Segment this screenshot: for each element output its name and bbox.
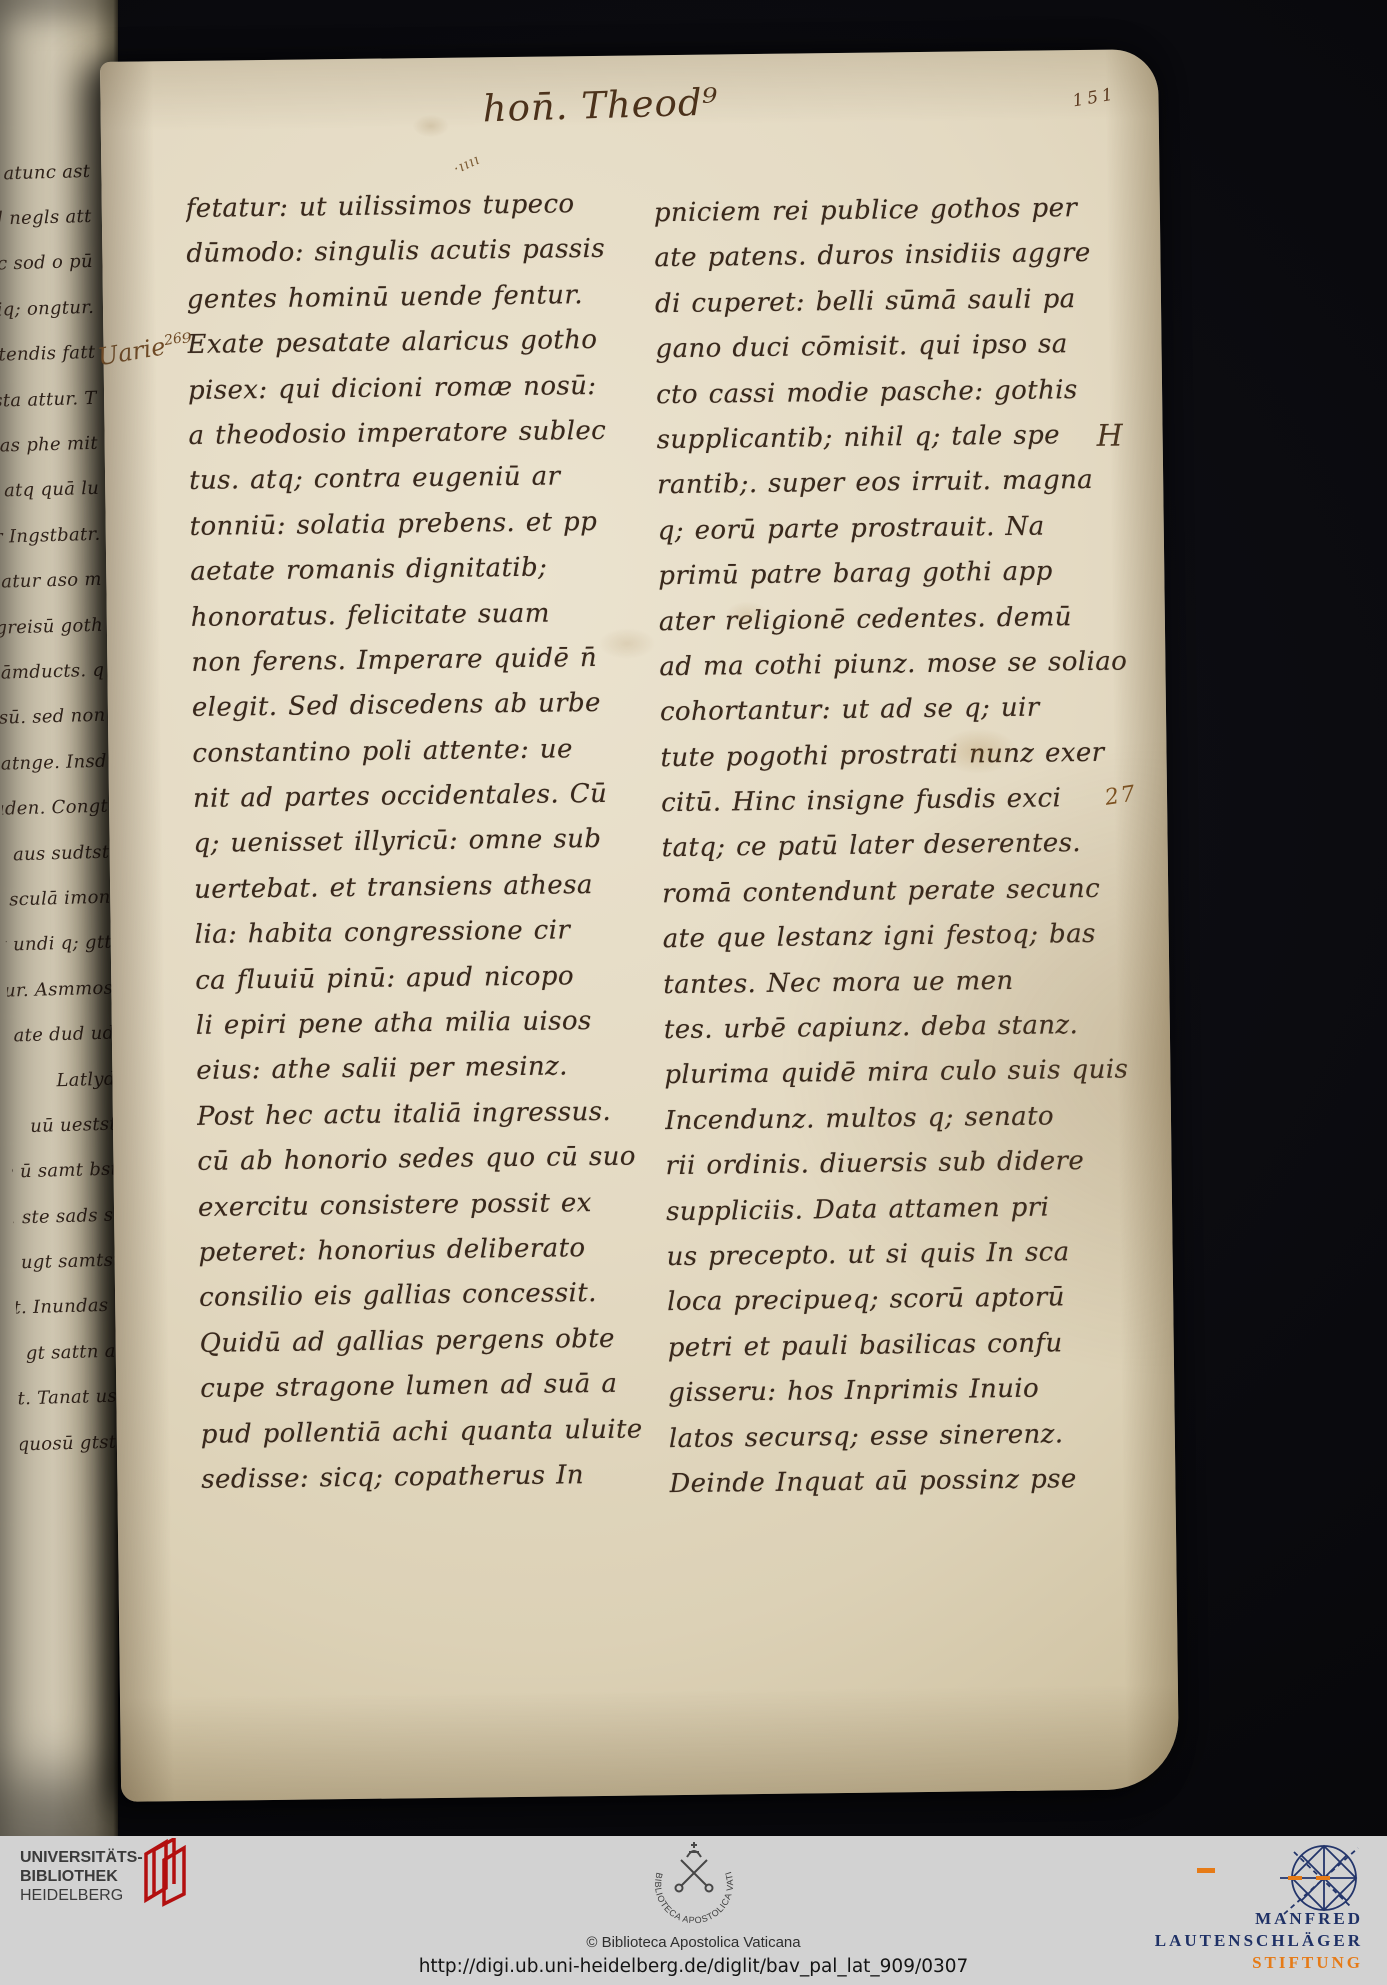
facing-page-text-fragment: at undi q; gtt [5, 920, 124, 969]
facing-page-text-fragment: de sepe tendis fatt [0, 330, 108, 379]
manuscript-line: eius: athe salii per mesinz. [196, 1044, 649, 1095]
manuscript-line: pniciem rei publice gothos per [654, 185, 1149, 236]
manuscript-line: ate que lestanz igni festoq; bas [662, 911, 1157, 962]
manuscript-line: honoratus. felicitate suam [191, 590, 644, 641]
facing-page-text-fragment: quod negls att [0, 194, 104, 243]
manuscript-line: supplicantib; nihil q; tale spe [656, 412, 1151, 463]
digitized-manuscript-viewer: ur atunc ast quod negls att nosū sac sod… [0, 0, 1387, 1985]
vatican-seal-icon: BIBLIOTECA APOSTOLICA VATICANA [648, 1836, 740, 1928]
manuscript-line: plurima quidē mira culo suis quis [664, 1048, 1159, 1099]
manuscript-line: tute pogothi prostrati nunz exer [660, 730, 1155, 781]
manuscript-recto-page: hon̄. Theod⁹ 151 ·ıııı Uarie26⁹ H 27 fet… [100, 49, 1179, 1802]
manuscript-line: pud pollentiā achi quanta uluite [201, 1407, 654, 1458]
folio-number: 151 [1071, 86, 1118, 110]
manuscript-line: tes. urbē capiunz. deba stanz. [664, 1002, 1159, 1053]
facing-page-text-fragment: q; a sta attur. T [0, 375, 109, 424]
manuscript-line: constantino poli attente: ue [192, 726, 645, 777]
facing-page-text-fragment: oatnge. Insd [0, 738, 119, 787]
facing-page-edge: ur atunc ast quod negls att nosū sac sod… [0, 0, 118, 1836]
manuscript-line: li epiri pene atha milia uisos [196, 998, 649, 1049]
manuscript-line: tatq; ce patū later deserentes. [661, 821, 1156, 872]
facing-page-text-fragment: uden. Congt [1, 784, 120, 833]
stiftung-line3: STIFTUNG [1155, 1952, 1363, 1974]
manuscript-line: Quidū ad gallias pergens obte [199, 1316, 652, 1367]
stiftung-line1: MANFRED [1155, 1908, 1363, 1930]
running-title: hon̄. Theod⁹ [390, 78, 811, 135]
svg-text:BIBLIOTECA APOSTOLICA VATICANA: BIBLIOTECA APOSTOLICA VATICANA [648, 1836, 735, 1925]
manuscript-line: pisex: qui dicioni romæ nosū: [188, 363, 641, 414]
manuscript-line: rantib;. super eos irruit. magna [657, 458, 1152, 509]
manuscript-line: gentes hominū uende fentur. [187, 272, 640, 323]
facing-page-text-fragment: Latlyd [9, 1056, 128, 1105]
marginal-gloss: Uarie26⁹ [96, 330, 194, 370]
manuscript-line: cupe stragone lumen ad suā a [200, 1362, 653, 1413]
ub-logo-line2: BIBLIOTHEK [20, 1867, 143, 1886]
between-columns-mark: ·ıııı [452, 152, 483, 176]
manuscript-line: cohortantur: ut ad se q; uir [660, 684, 1155, 735]
manuscript-line: aetate romanis dignitatib; [190, 545, 643, 596]
facing-page-text-fragment: greisū goth [0, 602, 116, 651]
facing-page-text-fragment: ur atunc ast [0, 149, 103, 198]
facing-page-text-fragment: gāmducts. q [0, 648, 117, 697]
manuscript-line: a theodosio imperatore sublec [188, 408, 641, 459]
facing-page-text-fragment: ate dud ud [8, 1011, 127, 1060]
manuscript-line: primū patre barag gothi app [658, 548, 1153, 599]
facing-page-text-fragment: uū uestst [10, 1101, 129, 1150]
lautenschlaeger-stiftung-logo-text: MANFRED LAUTENSCHLÄGER STIFTUNG [1155, 1908, 1363, 1974]
manuscript-line: citū. Hinc insigne fusdis exci [661, 775, 1156, 826]
facing-page-text-fragment: nnosū. sed non [0, 693, 118, 742]
manuscript-line: petri et pauli basilicas confu [667, 1320, 1162, 1371]
facing-page-text-fragment: atur aso m [0, 557, 114, 606]
manuscript-line: rii ordinis. diuersis sub didere [665, 1138, 1160, 1189]
manuscript-line: romā contendunt perate secunc [662, 866, 1157, 917]
manuscript-line: gano duci cōmisit. qui ipso sa [655, 321, 1150, 372]
manuscript-line: uertebat. et transiens athesa [194, 862, 647, 913]
manuscript-line: suppliciis. Data attamen pri [666, 1184, 1161, 1235]
manuscript-line: exercitu consistere possit ex [198, 1180, 651, 1231]
manuscript-line: q; eorū parte prostrauit. Na [658, 503, 1153, 554]
stiftung-line2: LAUTENSCHLÄGER [1155, 1930, 1363, 1952]
facing-page-text-fragment: aus sudtst [3, 829, 122, 878]
manuscript-line: consilio eis gallias concessit. [199, 1271, 652, 1322]
manuscript-line: latos secursq; esse sinerenz. [669, 1411, 1164, 1462]
ub-logo-line1: UNIVERSITÄTS- [20, 1848, 143, 1867]
manuscript-line: tonniū: solatia prebens. et pp [189, 499, 642, 550]
manuscript-line: tus. atq; contra eugeniū ar [189, 454, 642, 505]
vatican-seal-text: BIBLIOTECA APOSTOLICA VATICANA [648, 1836, 735, 1925]
facing-page-text-fragment: or Ingstbatr. [0, 512, 113, 561]
ub-heidelberg-logo-text: UNIVERSITÄTS- BIBLIOTHEK HEIDELBERG [20, 1848, 143, 1905]
manuscript-line: nit ad partes occidentales. Cū [193, 771, 646, 822]
orange-dash [1197, 1868, 1215, 1873]
manuscript-line: non ferens. Imperare quidē n̄ [191, 635, 644, 686]
manuscript-line: peteret: honorius deliberato [198, 1225, 651, 1276]
manuscript-line: Incendunz. multos q; senato [665, 1093, 1160, 1144]
facing-page-text-fragment: en xpi. atq quā lu [0, 466, 112, 515]
manuscript-line: tantes. Nec mora ue men [663, 957, 1158, 1008]
manuscript-line: ater religionē cedentes. demū [659, 594, 1154, 645]
facing-page-text-fragment: els ubiq; ongtur. [0, 285, 107, 334]
manuscript-line: gisseru: hos Inprimis Inuio [668, 1365, 1163, 1416]
manuscript-line: cū ab honorio sedes quo cū suo [197, 1135, 650, 1186]
ub-logo-line3: HEIDELBERG [20, 1886, 143, 1905]
text-column-right: pniciem rei publice gothos per ate paten… [654, 185, 1164, 1507]
manuscript-line: lia: habita congressione cir [194, 908, 647, 959]
facing-page-text-fragment: sculā imon [4, 875, 123, 924]
manuscript-line: ca fluuiū pinū: apud nicopo [195, 953, 648, 1004]
manuscript-line: us precepto. ut si quis In sca [666, 1229, 1161, 1280]
manuscript-line: ad ma cothi piunz. mose se soliao [659, 639, 1154, 690]
manuscript-line: cto cassi modie pasche: gothis [656, 367, 1151, 418]
manuscript-line: Deinde Inquat aū possinz pse [669, 1456, 1164, 1507]
facing-page-text-fragment: ube blas phe mit [0, 421, 111, 470]
ub-heidelberg-book-icon [138, 1838, 196, 1908]
manuscript-line: sedisse: sicq; copatherus In [201, 1452, 654, 1503]
text-column-left: fetatur: ut uilissimos tupeco dūmodo: si… [186, 181, 654, 1503]
manuscript-line: fetatur: ut uilissimos tupeco [186, 181, 639, 232]
marginal-gloss-word: Uarie [96, 332, 168, 371]
manuscript-line: dūmodo: singulis acutis passis [186, 227, 639, 278]
facing-page-text-fragment: nosū sac sod o pū [0, 239, 105, 288]
manuscript-line: q; uenisset illyricū: omne sub [193, 817, 646, 868]
footer-bar: UNIVERSITÄTS- BIBLIOTHEK HEIDELBERG BIBL… [0, 1836, 1387, 1985]
manuscript-line: di cuperet: belli sūmā sauli pa [655, 276, 1150, 327]
crossed-keys-tiara-emblem [676, 1842, 713, 1892]
manuscript-line: elegit. Sed discedens ab urbe [192, 681, 645, 732]
manuscript-line: Post hec actu italiā ingressus. [197, 1089, 650, 1140]
manuscript-line: Exate pesatate alaricus gotho [187, 318, 640, 369]
manuscript-line: loca precipueq; scorū aptorū [667, 1275, 1162, 1326]
facing-page-text-fragment: ur. Asmmos [7, 965, 126, 1014]
manuscript-line: ate patens. duros insidiis aggre [654, 231, 1149, 282]
